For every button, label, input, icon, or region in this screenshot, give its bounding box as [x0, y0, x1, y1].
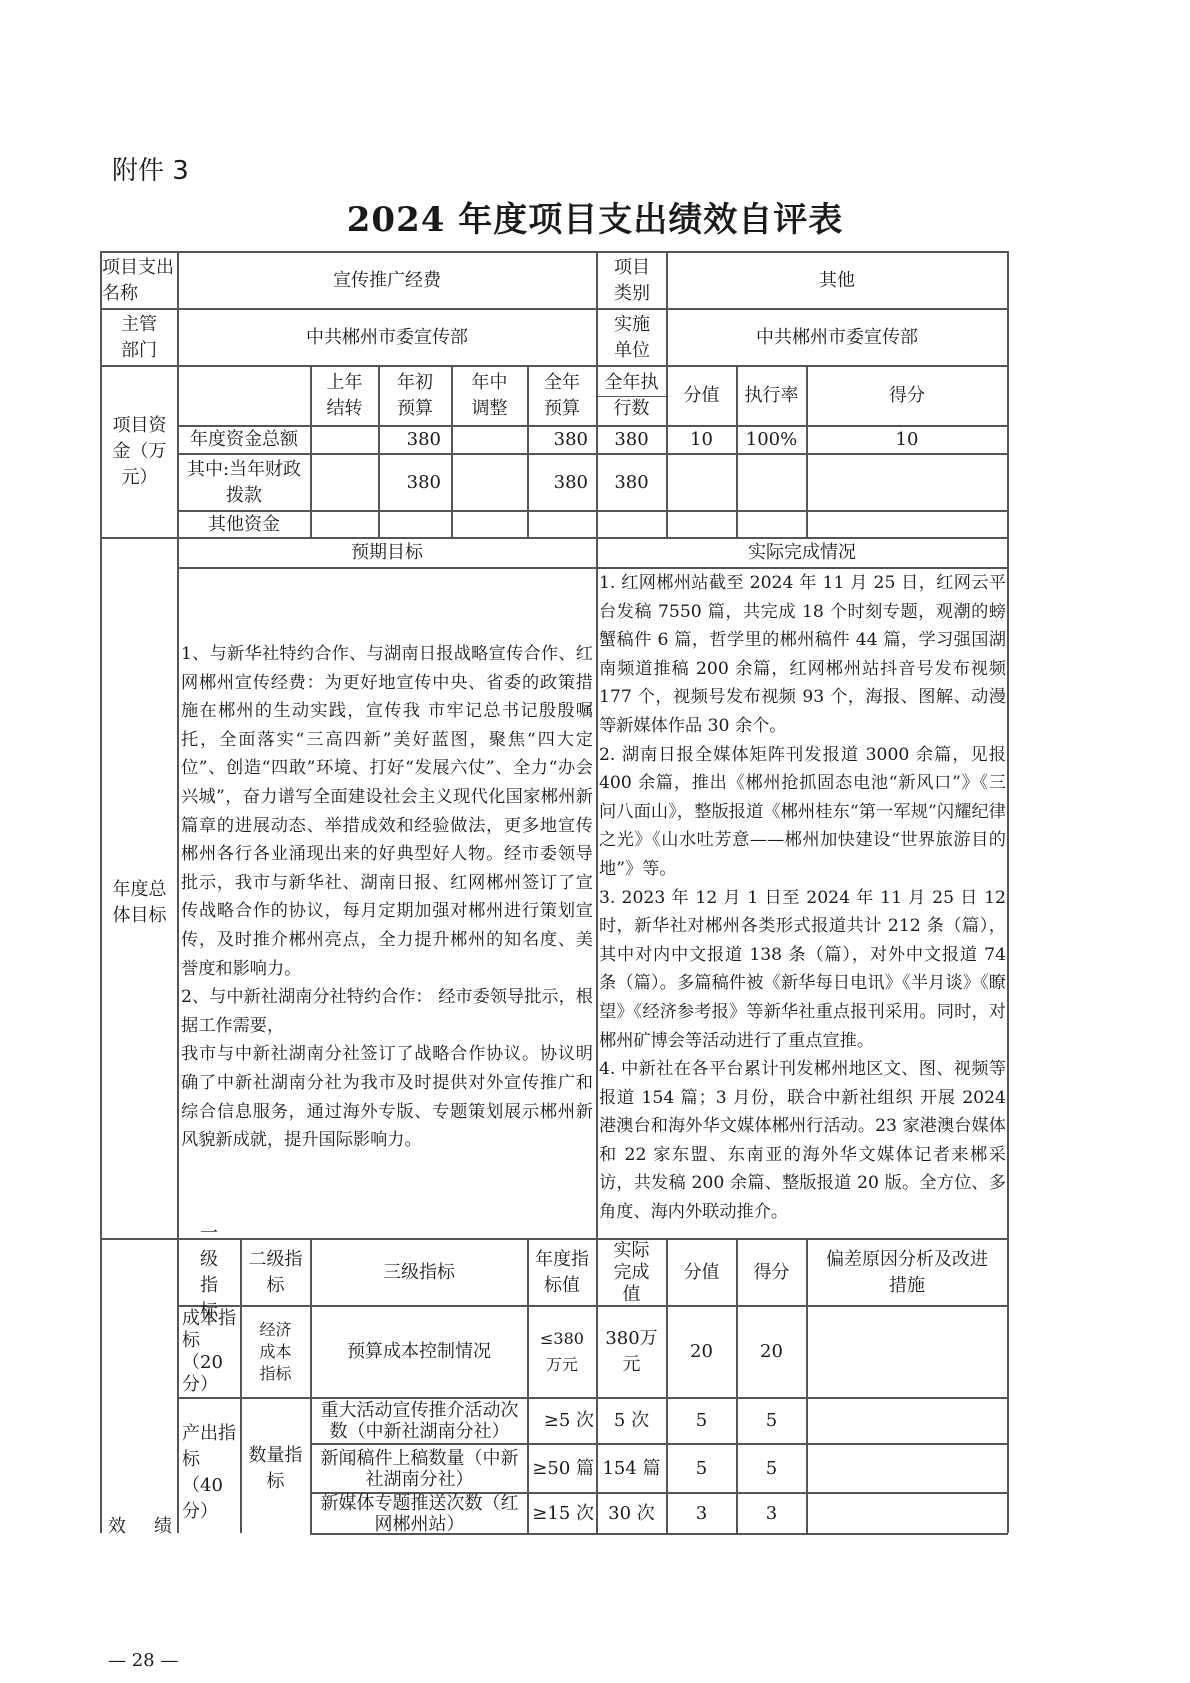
indicator-header-weight: 分值	[667, 1240, 736, 1305]
indicator-level2: 数量指标	[241, 1399, 310, 1533]
indicator-target: ≥15 次	[528, 1494, 596, 1533]
actual-completion-text: 1. 红网郴州站截至 2024 年 11 月 25 日，红网云平台发稿 7550…	[599, 569, 1006, 1227]
indicator-score: 3	[737, 1494, 806, 1533]
funds-score: 10	[807, 427, 1007, 453]
performance-indicators-label: 效 绩	[108, 1512, 172, 1534]
expected-goal-paragraph: 1、与新华社特约合作、与湖南日报战略宣传合作、红网郴州宣传经费：为更好地宣传中央…	[181, 640, 593, 983]
indicator-weight: 5	[667, 1399, 736, 1443]
implementing-unit-label: 实施单位	[598, 310, 666, 365]
funds-header-score: 得分	[807, 367, 1007, 425]
funds-score	[807, 455, 1007, 510]
funds-initial-budget: 380	[379, 455, 451, 510]
indicator-actual: 154 篇	[597, 1445, 666, 1492]
indicator-level1: 产出指标（40分）	[180, 1399, 238, 1533]
indicator-level3: 新媒体专题推送次数（红网郴州站）	[312, 1494, 527, 1533]
funds-prev-carry	[311, 427, 378, 453]
attachment-label: 附件 3	[112, 150, 189, 187]
indicator-score: 5	[737, 1399, 806, 1443]
funds-header-mid-adjust: 年中调整	[452, 367, 527, 425]
indicator-actual: 30 次	[597, 1494, 666, 1533]
actual-completion-paragraph: 1. 红网郴州站截至 2024 年 11 月 25 日，红网云平台发稿 7550…	[599, 569, 1006, 741]
indicator-deviation	[807, 1494, 1007, 1533]
annual-goals-label: 年度总体目标	[102, 568, 177, 1238]
funds-executed: 380	[597, 427, 666, 453]
expected-goals-text: 1、与新华社特约合作、与湖南日报战略宣传合作、红网郴州宣传经费：为更好地宣传中央…	[181, 640, 593, 1155]
funds-header-prev-carry: 上年结转	[311, 367, 378, 425]
project-category-label: 项目类别	[598, 253, 666, 308]
funds-section-label: 项目资金（万元）	[102, 367, 177, 537]
indicator-weight: 5	[667, 1445, 736, 1492]
actual-completion-paragraph: 2. 湖南日报全媒体矩阵刊发报道 3000 余篇，见报 400 余篇，推出《郴州…	[599, 741, 1006, 884]
funds-prev-carry	[311, 455, 378, 510]
supervising-dept-value: 中共郴州市委宣传部	[178, 310, 596, 365]
indicator-deviation	[807, 1445, 1007, 1492]
funds-row-label: 年度资金总额	[178, 427, 310, 453]
indicator-header-deviation: 偏差原因分析及改进措施	[807, 1240, 1007, 1305]
indicator-deviation	[807, 1307, 1007, 1397]
indicator-level3: 预算成本控制情况	[311, 1307, 527, 1397]
indicator-level3: 新闻稿件上稿数量（中新社湖南分社）	[312, 1445, 527, 1492]
expected-goals-header: 预期目标	[178, 539, 596, 567]
funds-mid-adjust	[452, 427, 527, 453]
funds-header-exec-rate: 执行率	[737, 367, 806, 425]
indicator-level3: 重大活动宣传推介活动次数（中新社湖南分社）	[312, 1399, 527, 1443]
project-name-label: 项目支出名称	[102, 253, 176, 308]
funds-exec-rate	[737, 455, 806, 510]
project-category-value: 其他	[667, 253, 1007, 308]
indicator-actual: 5 次	[597, 1399, 666, 1443]
indicator-level1: 成本指标（20分）	[180, 1307, 238, 1397]
funds-header-annual-budget: 全年预算	[528, 367, 596, 425]
funds-weight	[667, 455, 736, 510]
funds-mid-adjust	[452, 455, 527, 510]
indicator-actual: 380万元	[597, 1307, 666, 1397]
indicator-header-actual: 实际完成值	[597, 1240, 666, 1305]
indicator-level2: 经济成本指标	[241, 1307, 310, 1397]
indicator-header-level2: 二级指标	[241, 1240, 310, 1305]
actual-completion-header: 实际完成情况	[597, 539, 1007, 567]
indicator-header-target: 年度指标值	[528, 1240, 596, 1305]
indicator-target: ≥5 次	[528, 1399, 596, 1443]
supervising-dept-label: 主管部门	[102, 310, 176, 365]
indicator-header-level3: 三级指标	[311, 1240, 527, 1305]
indicator-score: 20	[737, 1307, 806, 1397]
actual-completion-paragraph: 3. 2023 年 12 月 1 日至 2024 年 11 月 25 日 12 …	[599, 884, 1006, 1056]
funds-annual-budget: 380	[528, 455, 596, 510]
funds-executed: 380	[597, 455, 666, 510]
funds-row-label: 其中:当年财政拨款	[178, 455, 310, 510]
indicator-target: ≤380万元	[528, 1307, 596, 1397]
page-title: 2024 年度项目支出绩效自评表	[0, 192, 1190, 241]
page-number: — 28 —	[108, 1650, 178, 1671]
implementing-unit-value: 中共郴州市委宣传部	[667, 310, 1007, 365]
funds-header-weight: 分值	[667, 367, 736, 425]
indicator-header-score: 得分	[737, 1240, 806, 1305]
project-name-value: 宣传推广经费	[178, 253, 596, 308]
indicator-target: ≥50 篇	[528, 1445, 596, 1492]
funds-initial-budget: 380	[379, 427, 451, 453]
funds-annual-budget: 380	[528, 427, 596, 453]
funds-weight: 10	[667, 427, 736, 453]
expected-goal-paragraph: 我市与中新社湖南分社签订了战略合作协议。协议明确了中新社湖南分社为我市及时提供对…	[181, 1040, 593, 1154]
indicator-weight: 3	[667, 1494, 736, 1533]
actual-completion-paragraph: 4. 中新社在各平台累计刊发郴州地区文、图、视频等报道 154 篇；3 月份，联…	[599, 1055, 1006, 1227]
performance-label-fragment: 效	[108, 1512, 126, 1534]
funds-header-executed: 全年执行数	[597, 367, 666, 425]
indicator-score: 5	[737, 1445, 806, 1492]
funds-header-initial-budget: 年初预算	[379, 367, 451, 425]
funds-exec-rate: 100%	[737, 427, 806, 453]
performance-label-fragment: 绩	[154, 1512, 172, 1534]
indicator-weight: 20	[667, 1307, 736, 1397]
expected-goal-paragraph: 2、与中新社湖南分社特约合作： 经市委领导批示，根据工作需要，	[181, 983, 593, 1040]
funds-row-label: 其他资金	[178, 512, 310, 537]
indicator-deviation	[807, 1399, 1007, 1443]
indicator-header-level1: 一级指标	[178, 1240, 240, 1305]
